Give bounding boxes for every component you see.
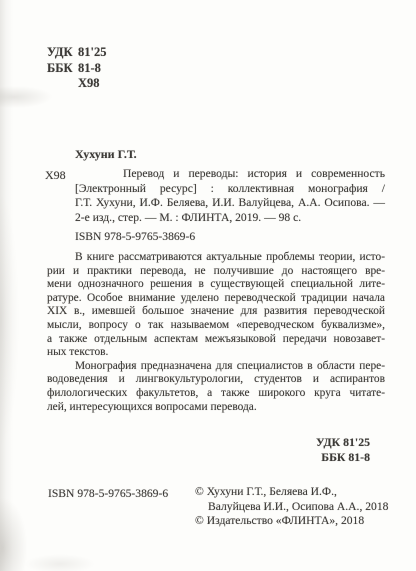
- annotation-line: филологических факультетов, а также широ…: [47, 387, 385, 401]
- annotation-line: Монография предназначена для специалисто…: [47, 360, 385, 374]
- annotation-line: а также отдельным аспектам межъязыковой …: [47, 333, 385, 347]
- citation-line: [Электронный ресурс] : коллективная моно…: [75, 182, 385, 197]
- top-classification-codes: УДК 81'25 ББК 81-8 Х98: [47, 45, 106, 92]
- book-imprint-page: УДК 81'25 ББК 81-8 Х98 Хухуни Г.Т. Х98 П…: [0, 0, 416, 571]
- udk-value: 81'25: [78, 45, 106, 61]
- bbk-label: ББК: [47, 61, 78, 77]
- bottom-classification-codes: УДК 81'25 ББК 81-8: [316, 435, 370, 465]
- bbk-row: ББК 81-8: [47, 61, 106, 77]
- udk-label: УДК: [47, 45, 78, 61]
- annotation-line: ных текстов.: [47, 346, 385, 360]
- copyright-publisher: © Издательство «ФЛИНТА», 2018: [195, 514, 388, 529]
- bottom-bbk: ББК 81-8: [316, 450, 370, 465]
- annotation-line: XIX в., имевшей большое значение для раз…: [47, 305, 385, 319]
- annotation-line: водоведения и лингвокультурологии, студе…: [47, 373, 385, 387]
- copyright-authors-line2: Валуйцева И.И., Осипова А.А., 2018: [195, 500, 388, 515]
- copyright-authors-line1: © Хухуни Г.Т., Беляева И.Ф.,: [195, 485, 388, 500]
- citation-line: Г.Т. Хухуни, И.Ф. Беляева, И.И. Валуйцев…: [75, 196, 385, 211]
- annotation-line: ратуре. Особое внимание уделено переводч…: [47, 292, 385, 306]
- isbn-main: ISBN 978-5-9765-3869-6: [75, 230, 195, 243]
- annotation-line: лей, интересующихся вопросами перевода.: [47, 401, 385, 415]
- citation-line: 2-е изд., стер. — М. : ФЛИНТА, 2019. — 9…: [75, 211, 385, 226]
- annotation-line: мысли, вопросу о так называемом «перевод…: [47, 319, 385, 333]
- annotation-line: В книге рассматриваются актуальные пробл…: [47, 251, 385, 265]
- author-sign: Х98: [78, 76, 100, 92]
- citation-line: Перевод и переводы: история и современно…: [75, 167, 385, 182]
- isbn-footer: ISBN 978-5-9765-3869-6: [48, 487, 168, 500]
- bbk-value: 81-8: [78, 61, 101, 77]
- citation-margin-code: Х98: [45, 168, 66, 183]
- bottom-udk: УДК 81'25: [316, 435, 370, 450]
- copyright-block: © Хухуни Г.Т., Беляева И.Ф., Валуйцева И…: [195, 485, 388, 529]
- author-sign-row: Х98: [47, 76, 106, 92]
- annotation-line: рии и практики перевода, не получившие д…: [47, 265, 385, 279]
- annotation-block: В книге рассматриваются актуальные пробл…: [47, 251, 385, 414]
- annotation-line: мени однозначного решения в существующей…: [47, 278, 385, 292]
- citation-block: Перевод и переводы: история и современно…: [75, 167, 385, 225]
- citation-author-heading: Хухуни Г.Т.: [75, 147, 137, 162]
- udk-row: УДК 81'25: [47, 45, 106, 61]
